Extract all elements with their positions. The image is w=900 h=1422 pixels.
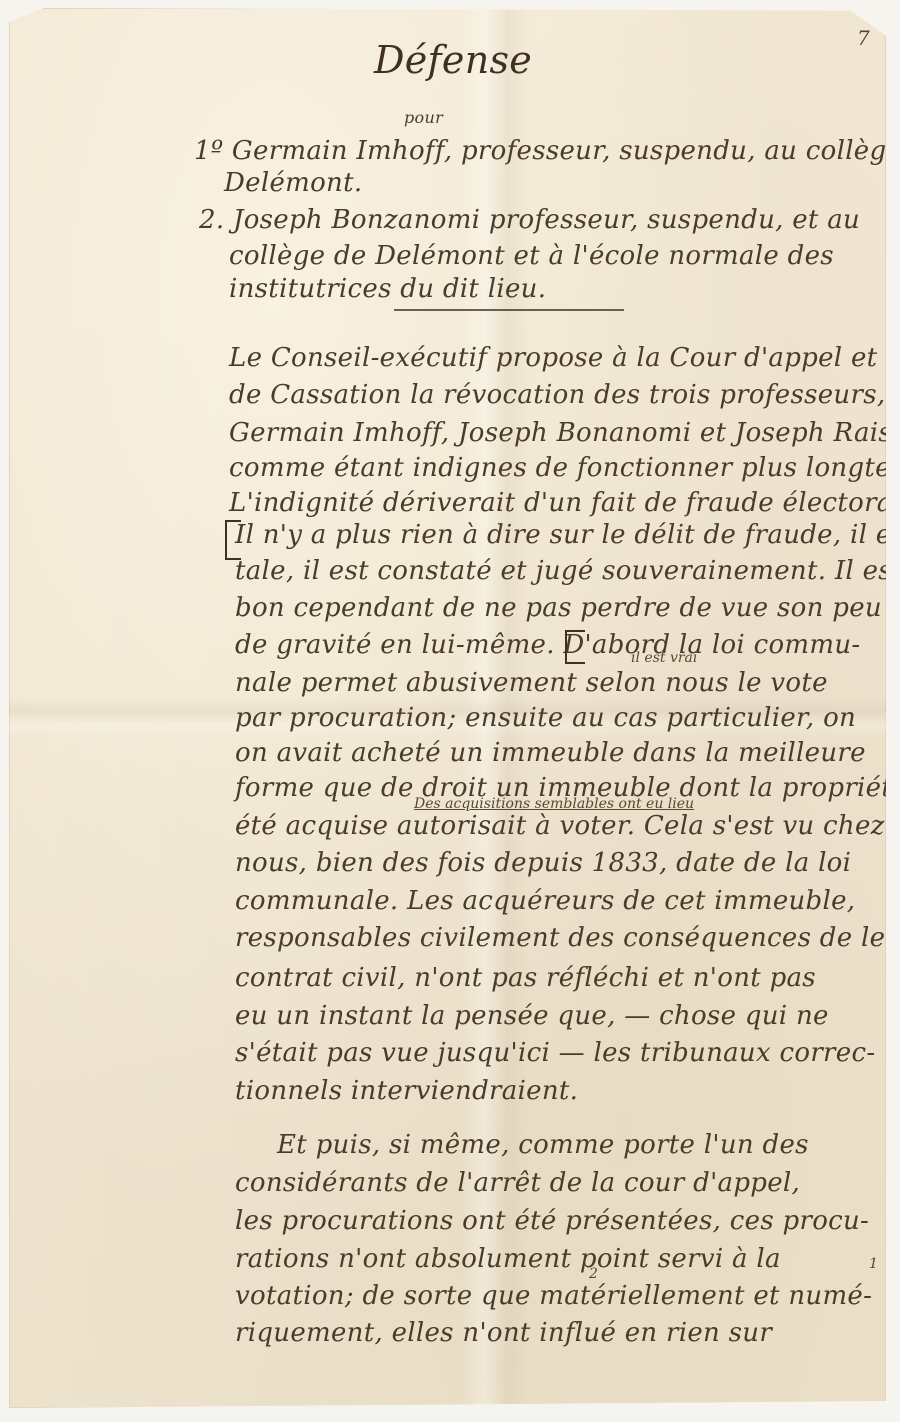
body-line: s'était pas vue jusqu'ici — les tribunau…	[235, 1038, 875, 1068]
body-line: rations n'ont absolument point servi à l…	[235, 1244, 781, 1274]
party-1-line-1: 1º Germain Imhoff, professeur, suspendu,…	[194, 136, 900, 166]
body-line: Et puis, si même, comme porte l'un des	[277, 1130, 809, 1160]
party-2-line-1: 2. Joseph Bonzanomi professeur, suspendu…	[199, 205, 860, 235]
body-line: Germain Imhoff, Joseph Bonanomi et Josep…	[229, 418, 900, 448]
insertion-bracket-mark	[565, 630, 585, 664]
body-line: Il n'y a plus rien à dire sur le délit d…	[235, 520, 900, 550]
body-line: les procurations ont été présentées, ces…	[235, 1206, 869, 1236]
body-line: bon cependant de ne pas perdre de vue so…	[235, 593, 882, 623]
folio-number: 7	[857, 26, 870, 50]
body-line: été acquise autorisait à voter. Cela s'e…	[235, 811, 885, 841]
body-line: riquement, elles n'ont influé en rien su…	[235, 1318, 772, 1348]
body-line: responsables civilement des conséquences…	[235, 923, 900, 953]
body-line: comme étant indignes de fonctionner plus…	[229, 453, 900, 483]
interlinear-insertion: Des acquisitions semblables ont eu lieu	[414, 796, 694, 812]
body-line: on avait acheté un immeuble dans la meil…	[235, 738, 866, 768]
body-line: considérants de l'arrêt de la cour d'app…	[235, 1168, 800, 1198]
body-line: L'indignité dériverait d'un fait de frau…	[229, 488, 900, 518]
body-line: tionnels interviendraient.	[235, 1076, 578, 1106]
body-line: de gravité en lui-même. D'abord la loi c…	[235, 630, 860, 660]
body-line: par procuration; ensuite au cas particul…	[235, 703, 856, 733]
manuscript-page: 7 Défense pour 1º Germain Imhoff, profes…	[9, 8, 886, 1408]
margin-mark: 1	[869, 1256, 878, 1272]
body-line: tale, il est constaté et jugé souveraine…	[235, 556, 900, 586]
body-line: nale permet abusivement selon nous le vo…	[235, 668, 828, 698]
party-2-line-3: institutrices du dit lieu.	[229, 274, 546, 304]
body-line: Le Conseil-exécutif propose à la Cour d'…	[229, 343, 877, 373]
body-line: contrat civil, n'ont pas réfléchi et n'o…	[235, 963, 816, 993]
body-line: de Cassation la révocation des trois pro…	[229, 380, 885, 410]
document-subtitle: pour	[404, 108, 443, 127]
document-title: Défense	[374, 38, 532, 82]
party-1-line-2: Delémont.	[224, 168, 362, 198]
title-separator-rule	[394, 309, 624, 311]
margin-mark: 2	[589, 1266, 598, 1282]
body-line: nous, bien des fois depuis 1833, date de…	[235, 848, 851, 878]
interlinear-insertion: il est vrai	[631, 650, 697, 666]
body-line: votation; de sorte que matériellement et…	[235, 1281, 872, 1311]
body-line: communale. Les acquéreurs de cet immeubl…	[235, 886, 855, 916]
body-line: eu un instant la pensée que, — chose qui…	[235, 1001, 829, 1031]
party-2-line-2: collège de Delémont et à l'école normale…	[229, 241, 834, 271]
